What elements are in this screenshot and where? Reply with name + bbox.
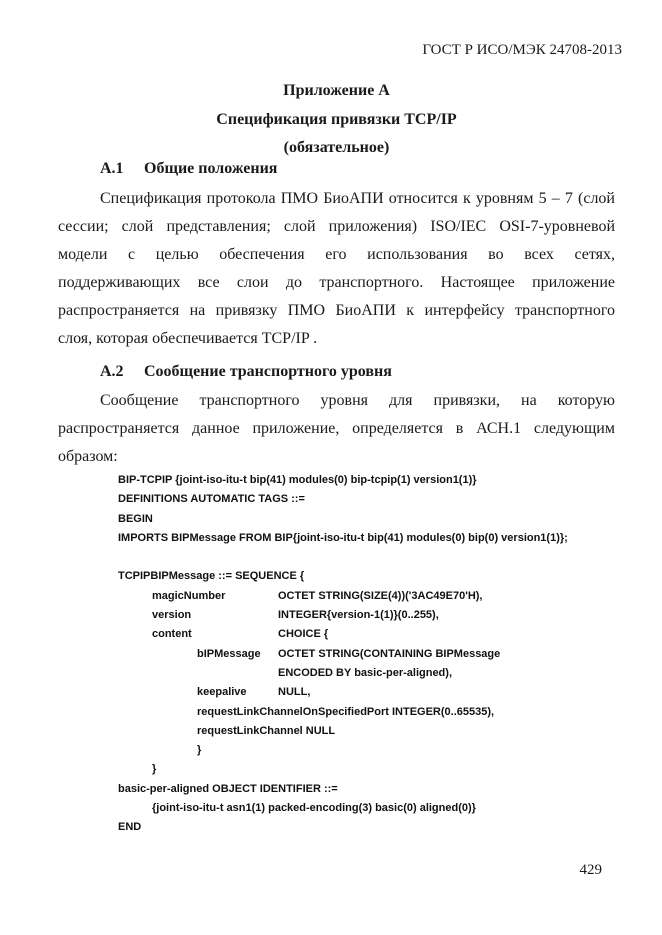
code-identifier: requestLinkChannelOnSpecifiedPort INTEGE… [118, 703, 494, 722]
code-type-definition: OCTET STRING(CONTAINING BIPMessage [278, 645, 500, 664]
paragraph-line: модели с целью обеспечения его использов… [58, 241, 615, 269]
appendix-title-block: Приложение А Спецификация привязки TCP/I… [58, 77, 615, 163]
code-identifier: bIPMessage [118, 645, 261, 664]
section-a1-title: Общие положения [144, 160, 277, 177]
code-line: bIPMessage OCTET STRING(CONTAINING BIPMe… [118, 645, 615, 664]
paragraph-line: поддерживающих все слои до транспортного… [58, 269, 615, 297]
code-line: DEFINITIONS AUTOMATIC TAGS ::= [118, 490, 615, 509]
code-identifier: DEFINITIONS AUTOMATIC TAGS ::= [118, 490, 305, 509]
standard-reference-header: ГОСТ Р ИСО/МЭК 24708-2013 [58, 41, 622, 60]
document-page: ГОСТ Р ИСО/МЭК 24708-2013 Приложение А С… [0, 0, 662, 935]
code-line: END [118, 818, 615, 837]
code-line: BEGIN [118, 510, 615, 529]
code-line: ENCODED BY basic-per-aligned), [118, 664, 615, 683]
code-identifier: } [118, 741, 201, 760]
code-line [118, 548, 615, 567]
code-type-definition: ENCODED BY basic-per-aligned), [278, 664, 452, 683]
code-identifier: TCPIPBIPMessage ::= SEQUENCE { [118, 567, 304, 586]
code-line: version INTEGER{version-1(1)}(0..255), [118, 606, 615, 625]
code-identifier: END [118, 818, 141, 837]
code-identifier: IMPORTS BIPMessage FROM BIP{joint-iso-it… [118, 529, 568, 548]
code-identifier: BEGIN [118, 510, 153, 529]
code-identifier: magicNumber [118, 587, 225, 606]
code-line: TCPIPBIPMessage ::= SEQUENCE { [118, 567, 615, 586]
code-line: BIP-TCPIP {joint-iso-itu-t bip(41) modul… [118, 471, 615, 490]
code-line: } [118, 760, 615, 779]
code-identifier: basic-per-aligned OBJECT IDENTIFIER ::= [118, 780, 338, 799]
paragraph-line: распространяется данное приложение, опре… [58, 415, 615, 443]
paragraph-line: образом: [58, 443, 615, 471]
paragraph-line: Сообщение транспортного уровня для привя… [58, 387, 615, 415]
code-line: content CHOICE { [118, 625, 615, 644]
code-identifier: } [118, 760, 156, 779]
page-content: ГОСТ Р ИСО/МЭК 24708-2013 Приложение А С… [58, 0, 615, 838]
code-identifier: {joint-iso-itu-t asn1(1) packed-encoding… [118, 799, 476, 818]
section-a1-paragraph: Спецификация протокола ПМО БиоАПИ относи… [58, 185, 615, 353]
section-a2-paragraph: Сообщение транспортного уровня для привя… [58, 387, 615, 471]
asn1-code-block: BIP-TCPIP {joint-iso-itu-t bip(41) modul… [118, 471, 615, 838]
page-number: 429 [580, 861, 603, 880]
code-type-definition: OCTET STRING(SIZE(4))('3AC49E70'H), [278, 587, 482, 606]
section-a2-number: А.2 [100, 361, 144, 383]
code-identifier: version [118, 606, 191, 625]
code-type-definition: CHOICE { [278, 625, 328, 644]
code-line: magicNumber OCTET STRING(SIZE(4))('3AC49… [118, 587, 615, 606]
paragraph-line: Спецификация протокола ПМО БиоАПИ относи… [58, 185, 615, 213]
code-line: IMPORTS BIPMessage FROM BIP{joint-iso-it… [118, 529, 615, 548]
code-identifier: BIP-TCPIP {joint-iso-itu-t bip(41) modul… [118, 471, 477, 490]
code-line: } [118, 741, 615, 760]
appendix-label: Приложение А [58, 77, 615, 106]
code-type-definition: INTEGER{version-1(1)}(0..255), [278, 606, 439, 625]
paragraph-line: сессии; слой представления; слой приложе… [58, 213, 615, 241]
code-identifier: keepalive [118, 683, 247, 702]
code-line: requestLinkChannelOnSpecifiedPort INTEGE… [118, 703, 615, 722]
code-identifier: content [118, 625, 192, 644]
section-a2-title: Сообщение транспортного уровня [144, 363, 392, 380]
section-a1-number: А.1 [100, 158, 144, 180]
code-line: basic-per-aligned OBJECT IDENTIFIER ::= [118, 780, 615, 799]
code-line: requestLinkChannel NULL [118, 722, 615, 741]
appendix-name: Спецификация привязки TCP/IP [58, 106, 615, 135]
section-a2-heading: А.2Сообщение транспортного уровня [58, 361, 615, 383]
code-line: keepalive NULL, [118, 683, 615, 702]
code-identifier: requestLinkChannel NULL [118, 722, 335, 741]
paragraph-line: распространяется на привязку ПМО БиоАПИ … [58, 297, 615, 325]
paragraph-line: слоя, которая обеспечивается TCP/IP . [58, 325, 615, 353]
code-line: {joint-iso-itu-t asn1(1) packed-encoding… [118, 799, 615, 818]
code-type-definition: NULL, [278, 683, 310, 702]
